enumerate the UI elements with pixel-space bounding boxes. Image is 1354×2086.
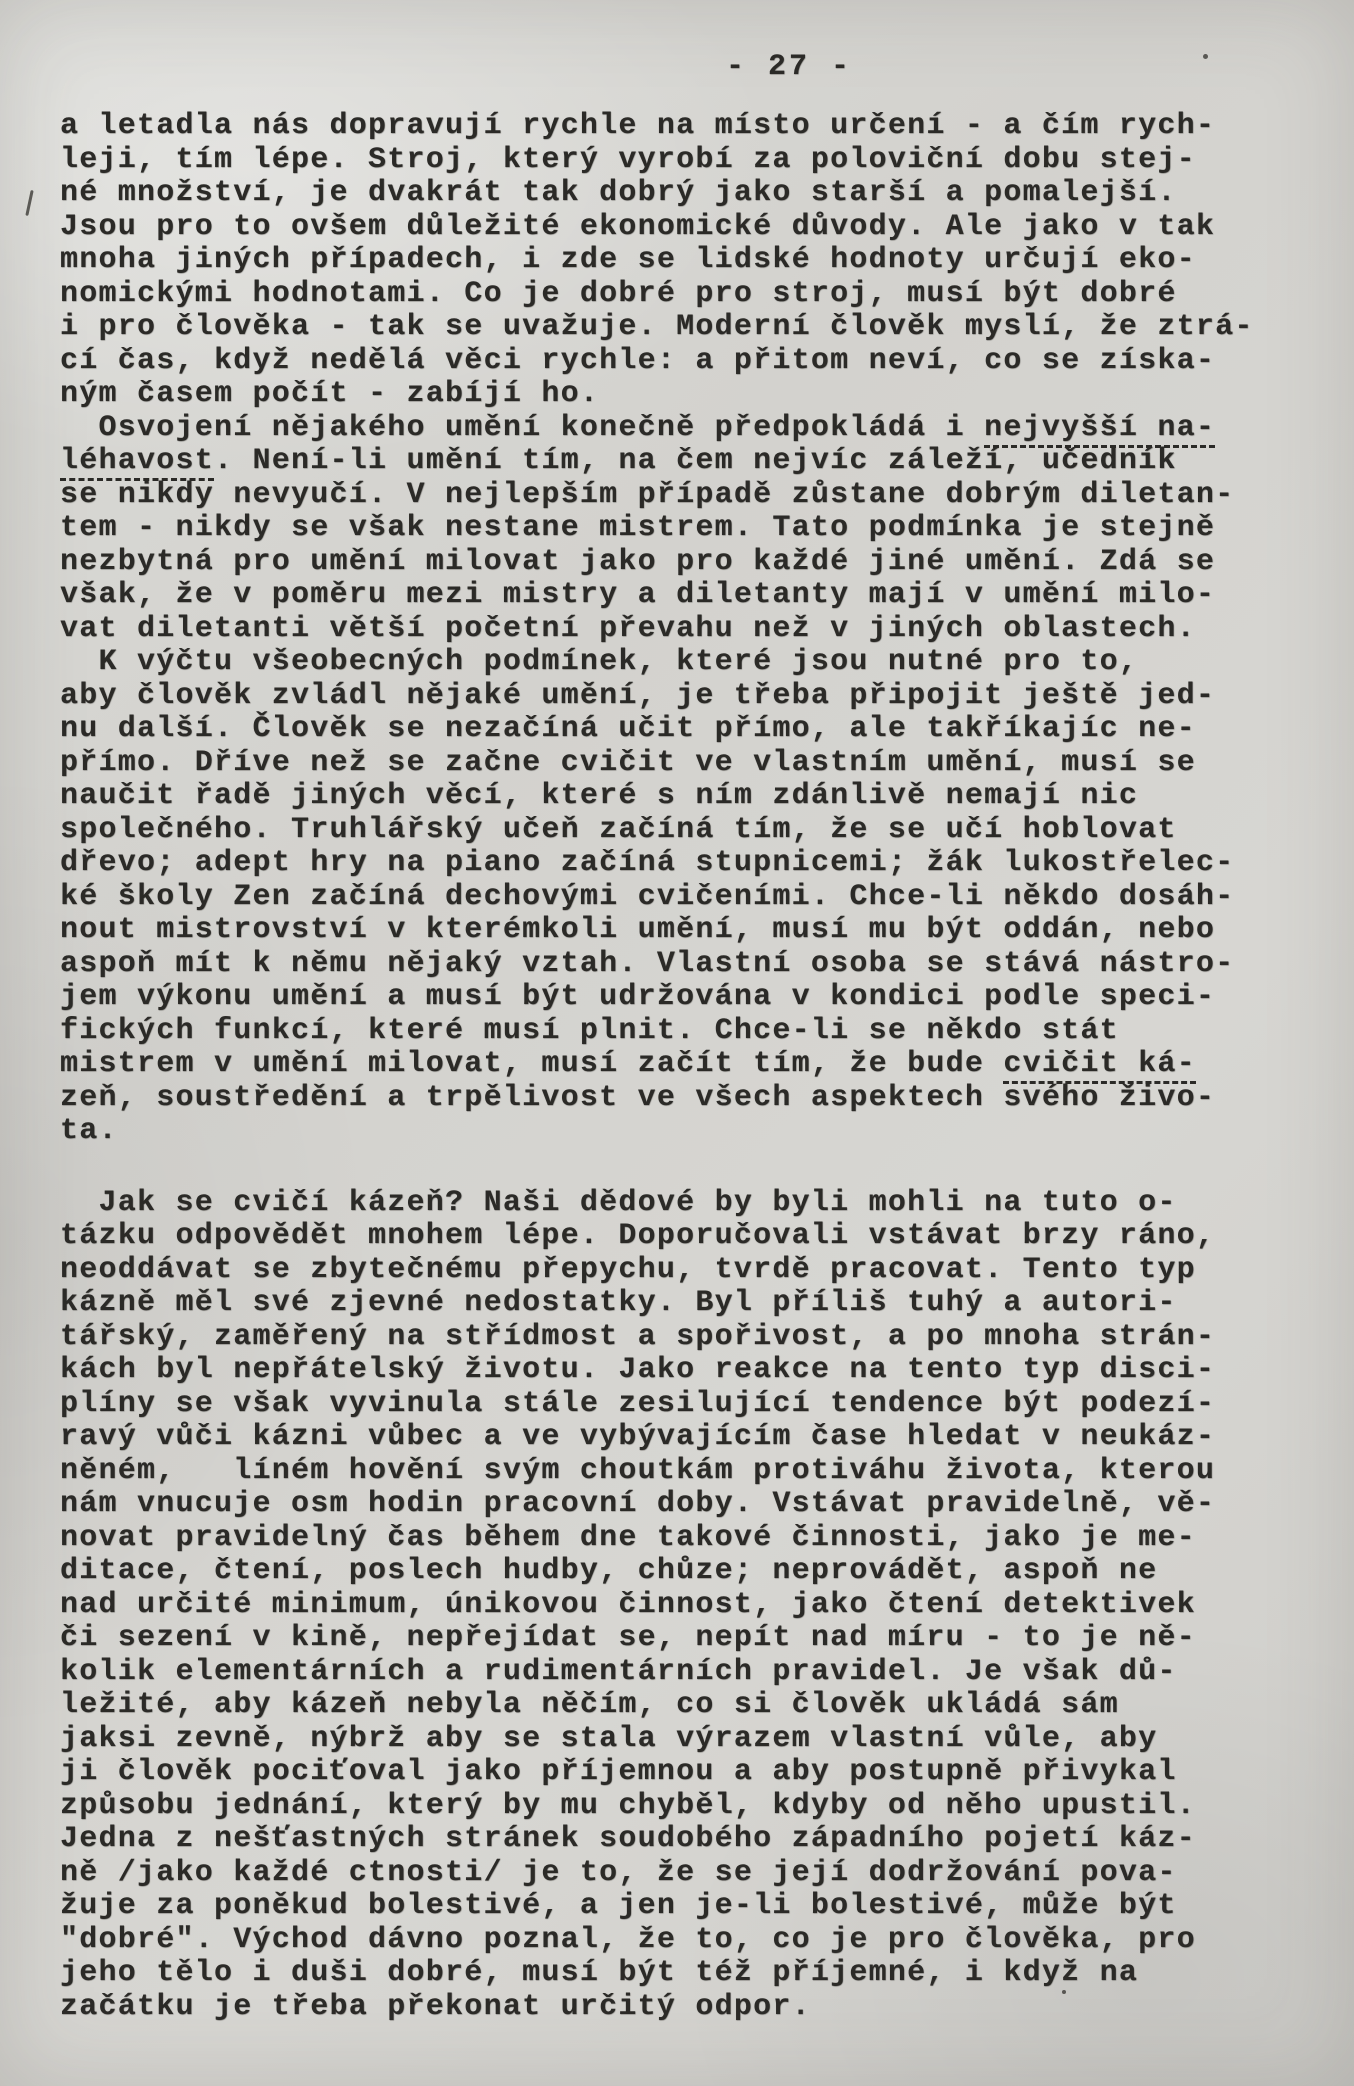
text-line: nomickými hodnotami. Co je dobré pro str… <box>60 278 1330 312</box>
text-line: kách byl nepřátelský životu. Jako reakce… <box>60 1354 1330 1388</box>
text-line: léhavost. Není-li umění tím, na čem nejv… <box>60 445 1330 479</box>
text-line: jem výkonu umění a musí být udržována v … <box>60 981 1330 1015</box>
scanned-page: - 27 - a letadla nás dopravují rychle na… <box>0 0 1354 2086</box>
paragraph: Jak se cvičí kázeň? Naši dědové by byli … <box>60 1187 1330 2025</box>
text-line: zeň, soustředění a trpělivost ve všech a… <box>60 1082 1330 1116</box>
text-line: i pro člověka - tak se uvažuje. Moderní … <box>60 311 1330 345</box>
text-line: jaksi zevně, nýbrž aby se stala výrazem … <box>60 1723 1330 1757</box>
body-text: a letadla nás dopravují rychle na místo … <box>60 110 1330 2024</box>
text-line: a letadla nás dopravují rychle na místo … <box>60 110 1330 144</box>
text-line: aby člověk zvládl nějaké umění, je třeba… <box>60 680 1330 714</box>
scan-speck <box>1062 1990 1066 1994</box>
text-line: mistrem v umění milovat, musí začít tím,… <box>60 1048 1330 1082</box>
text-line: vat diletanti větší početní převahu než … <box>60 613 1330 647</box>
text-line: ravý vůči kázni vůbec a ve vybývajícím č… <box>60 1421 1330 1455</box>
underlined-text: léhavost <box>60 444 214 481</box>
text-line: Osvojení nějakého umění konečně předpokl… <box>60 412 1330 446</box>
text-line: ji člověk pociťoval jako příjemnou a aby… <box>60 1756 1330 1790</box>
text-line: "dobré". Východ dávno poznal, že to, co … <box>60 1924 1330 1958</box>
text-line: jeho tělo i duši dobré, musí být též pří… <box>60 1957 1330 1991</box>
text-line: nu další. Člověk se nezačíná učit přímo,… <box>60 713 1330 747</box>
text-line: či sezení v kině, nepřejídat se, nepít n… <box>60 1622 1330 1656</box>
paragraph: Osvojení nějakého umění konečně předpokl… <box>60 412 1330 647</box>
text-line: plíny se však vyvinula stále zesilující … <box>60 1388 1330 1422</box>
text-line: ným časem počít - zabíjí ho. <box>60 378 1330 412</box>
text-line: přímo. Dříve než se začne cvičit ve vlas… <box>60 747 1330 781</box>
text-line: kázně měl své zjevné nedostatky. Byl pří… <box>60 1287 1330 1321</box>
text-line: mnoha jiných případech, i zde se lidské … <box>60 244 1330 278</box>
text-line: fických funkcí, které musí plnit. Chce-l… <box>60 1015 1330 1049</box>
scan-speck <box>1203 54 1208 59</box>
text-line: žuje za poněkud bolestivé, a jen je-li b… <box>60 1890 1330 1924</box>
text-line: se nikdy nevyučí. V nejlepším případě zů… <box>60 479 1330 513</box>
text-line: leji, tím lépe. Stroj, který vyrobí za p… <box>60 144 1330 178</box>
text-line: kolik elementárních a rudimentárních pra… <box>60 1656 1330 1690</box>
text-line: nezbytná pro umění milovat jako pro každ… <box>60 546 1330 580</box>
text-line: dřevo; adept hry na piano začíná stupnic… <box>60 847 1330 881</box>
text-line: naučit řadě jiných věcí, které s ním zdá… <box>60 780 1330 814</box>
text-line: K výčtu všeobecných podmínek, které jsou… <box>60 646 1330 680</box>
text-line: né množství, je dvakrát tak dobrý jako s… <box>60 177 1330 211</box>
text-line: Jak se cvičí kázeň? Naši dědové by byli … <box>60 1187 1330 1221</box>
text-line: neoddávat se zbytečnému přepychu, tvrdě … <box>60 1254 1330 1288</box>
paragraph: K výčtu všeobecných podmínek, které jsou… <box>60 646 1330 1149</box>
underlined-text: nejvyšší na- <box>984 411 1215 448</box>
text-line: tázku odpovědět mnohem lépe. Doporučoval… <box>60 1220 1330 1254</box>
text-line: způsobu jednání, který by mu chyběl, kdy… <box>60 1790 1330 1824</box>
text-line: nám vnucuje osm hodin pracovní doby. Vst… <box>60 1488 1330 1522</box>
text-line: ké školy Zen začíná dechovými cvičeními.… <box>60 881 1330 915</box>
text-line: aspoň mít k němu nějaký vztah. Vlastní o… <box>60 948 1330 982</box>
text-line: tářský, zaměřený na střídmost a spořivos… <box>60 1321 1330 1355</box>
text-line: tem - nikdy se však nestane mistrem. Tat… <box>60 512 1330 546</box>
text-line: cí čas, když nedělá věci rychle: a přito… <box>60 345 1330 379</box>
text-line: nad určité minimum, únikovou činnost, ja… <box>60 1589 1330 1623</box>
scan-speck <box>25 190 33 216</box>
text-line: začátku je třeba překonat určitý odpor. <box>60 1991 1330 2025</box>
text-line: ležité, aby kázeň nebyla něčím, co si čl… <box>60 1689 1330 1723</box>
text-line: však, že v poměru mezi mistry a diletant… <box>60 579 1330 613</box>
text-line: Jsou pro to ovšem důležité ekonomické dů… <box>60 211 1330 245</box>
underlined-text: cvičit ká- <box>1003 1047 1196 1084</box>
text-line: ta. <box>60 1115 1330 1149</box>
text-line: společného. Truhlářský učeň začíná tím, … <box>60 814 1330 848</box>
text-line: nout mistrovství v kterémkoli umění, mus… <box>60 914 1330 948</box>
paragraph: a letadla nás dopravují rychle na místo … <box>60 110 1330 412</box>
text-line: ditace, čtení, poslech hudby, chůze; nep… <box>60 1555 1330 1589</box>
text-line: ně /jako každé ctnosti/ je to, že se jej… <box>60 1857 1330 1891</box>
text-line: novat pravidelný čas během dne takové či… <box>60 1522 1330 1556</box>
text-line: Jedna z nešťastných stránek soudobého zá… <box>60 1823 1330 1857</box>
text-line: něném, líném hovění svým choutkám protiv… <box>60 1455 1330 1489</box>
page-number: - 27 - <box>112 50 1354 84</box>
